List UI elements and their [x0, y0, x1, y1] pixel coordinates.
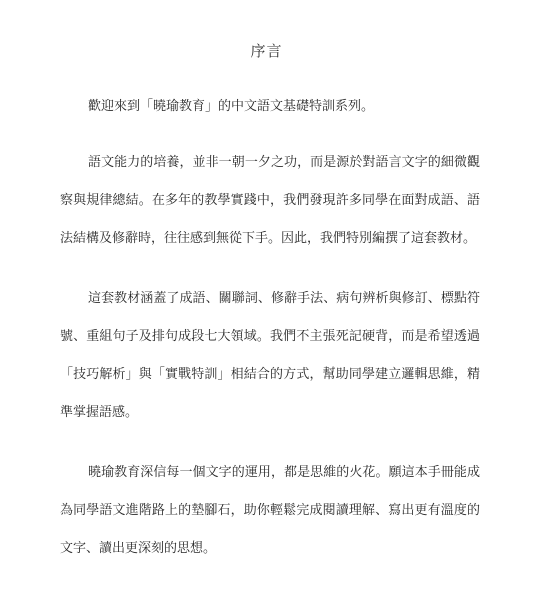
paragraph-welcome: 歡迎來到「曉瑜教育」的中文語文基礎特訓系列。 — [60, 88, 480, 126]
paragraph-motivation: 語文能力的培養，並非一朝一夕之功，而是源於對語言文字的細微觀察與規律總結。在多年… — [60, 144, 480, 258]
document-page: 序言 歡迎來到「曉瑜教育」的中文語文基礎特訓系列。 語文能力的培養，並非一朝一夕… — [0, 0, 533, 613]
page-title: 序言 — [0, 40, 533, 61]
preface-body: 歡迎來到「曉瑜教育」的中文語文基礎特訓系列。 語文能力的培養，並非一朝一夕之功，… — [60, 88, 480, 590]
paragraph-content-scope: 這套教材涵蓋了成語、關聯詞、修辭手法、病句辨析與修訂、標點符號、重組句子及排句成… — [60, 280, 480, 432]
paragraph-closing: 曉瑜教育深信每一個文字的運用，都是思維的火花。願這本手冊能成為同學語文進階路上的… — [60, 454, 480, 568]
